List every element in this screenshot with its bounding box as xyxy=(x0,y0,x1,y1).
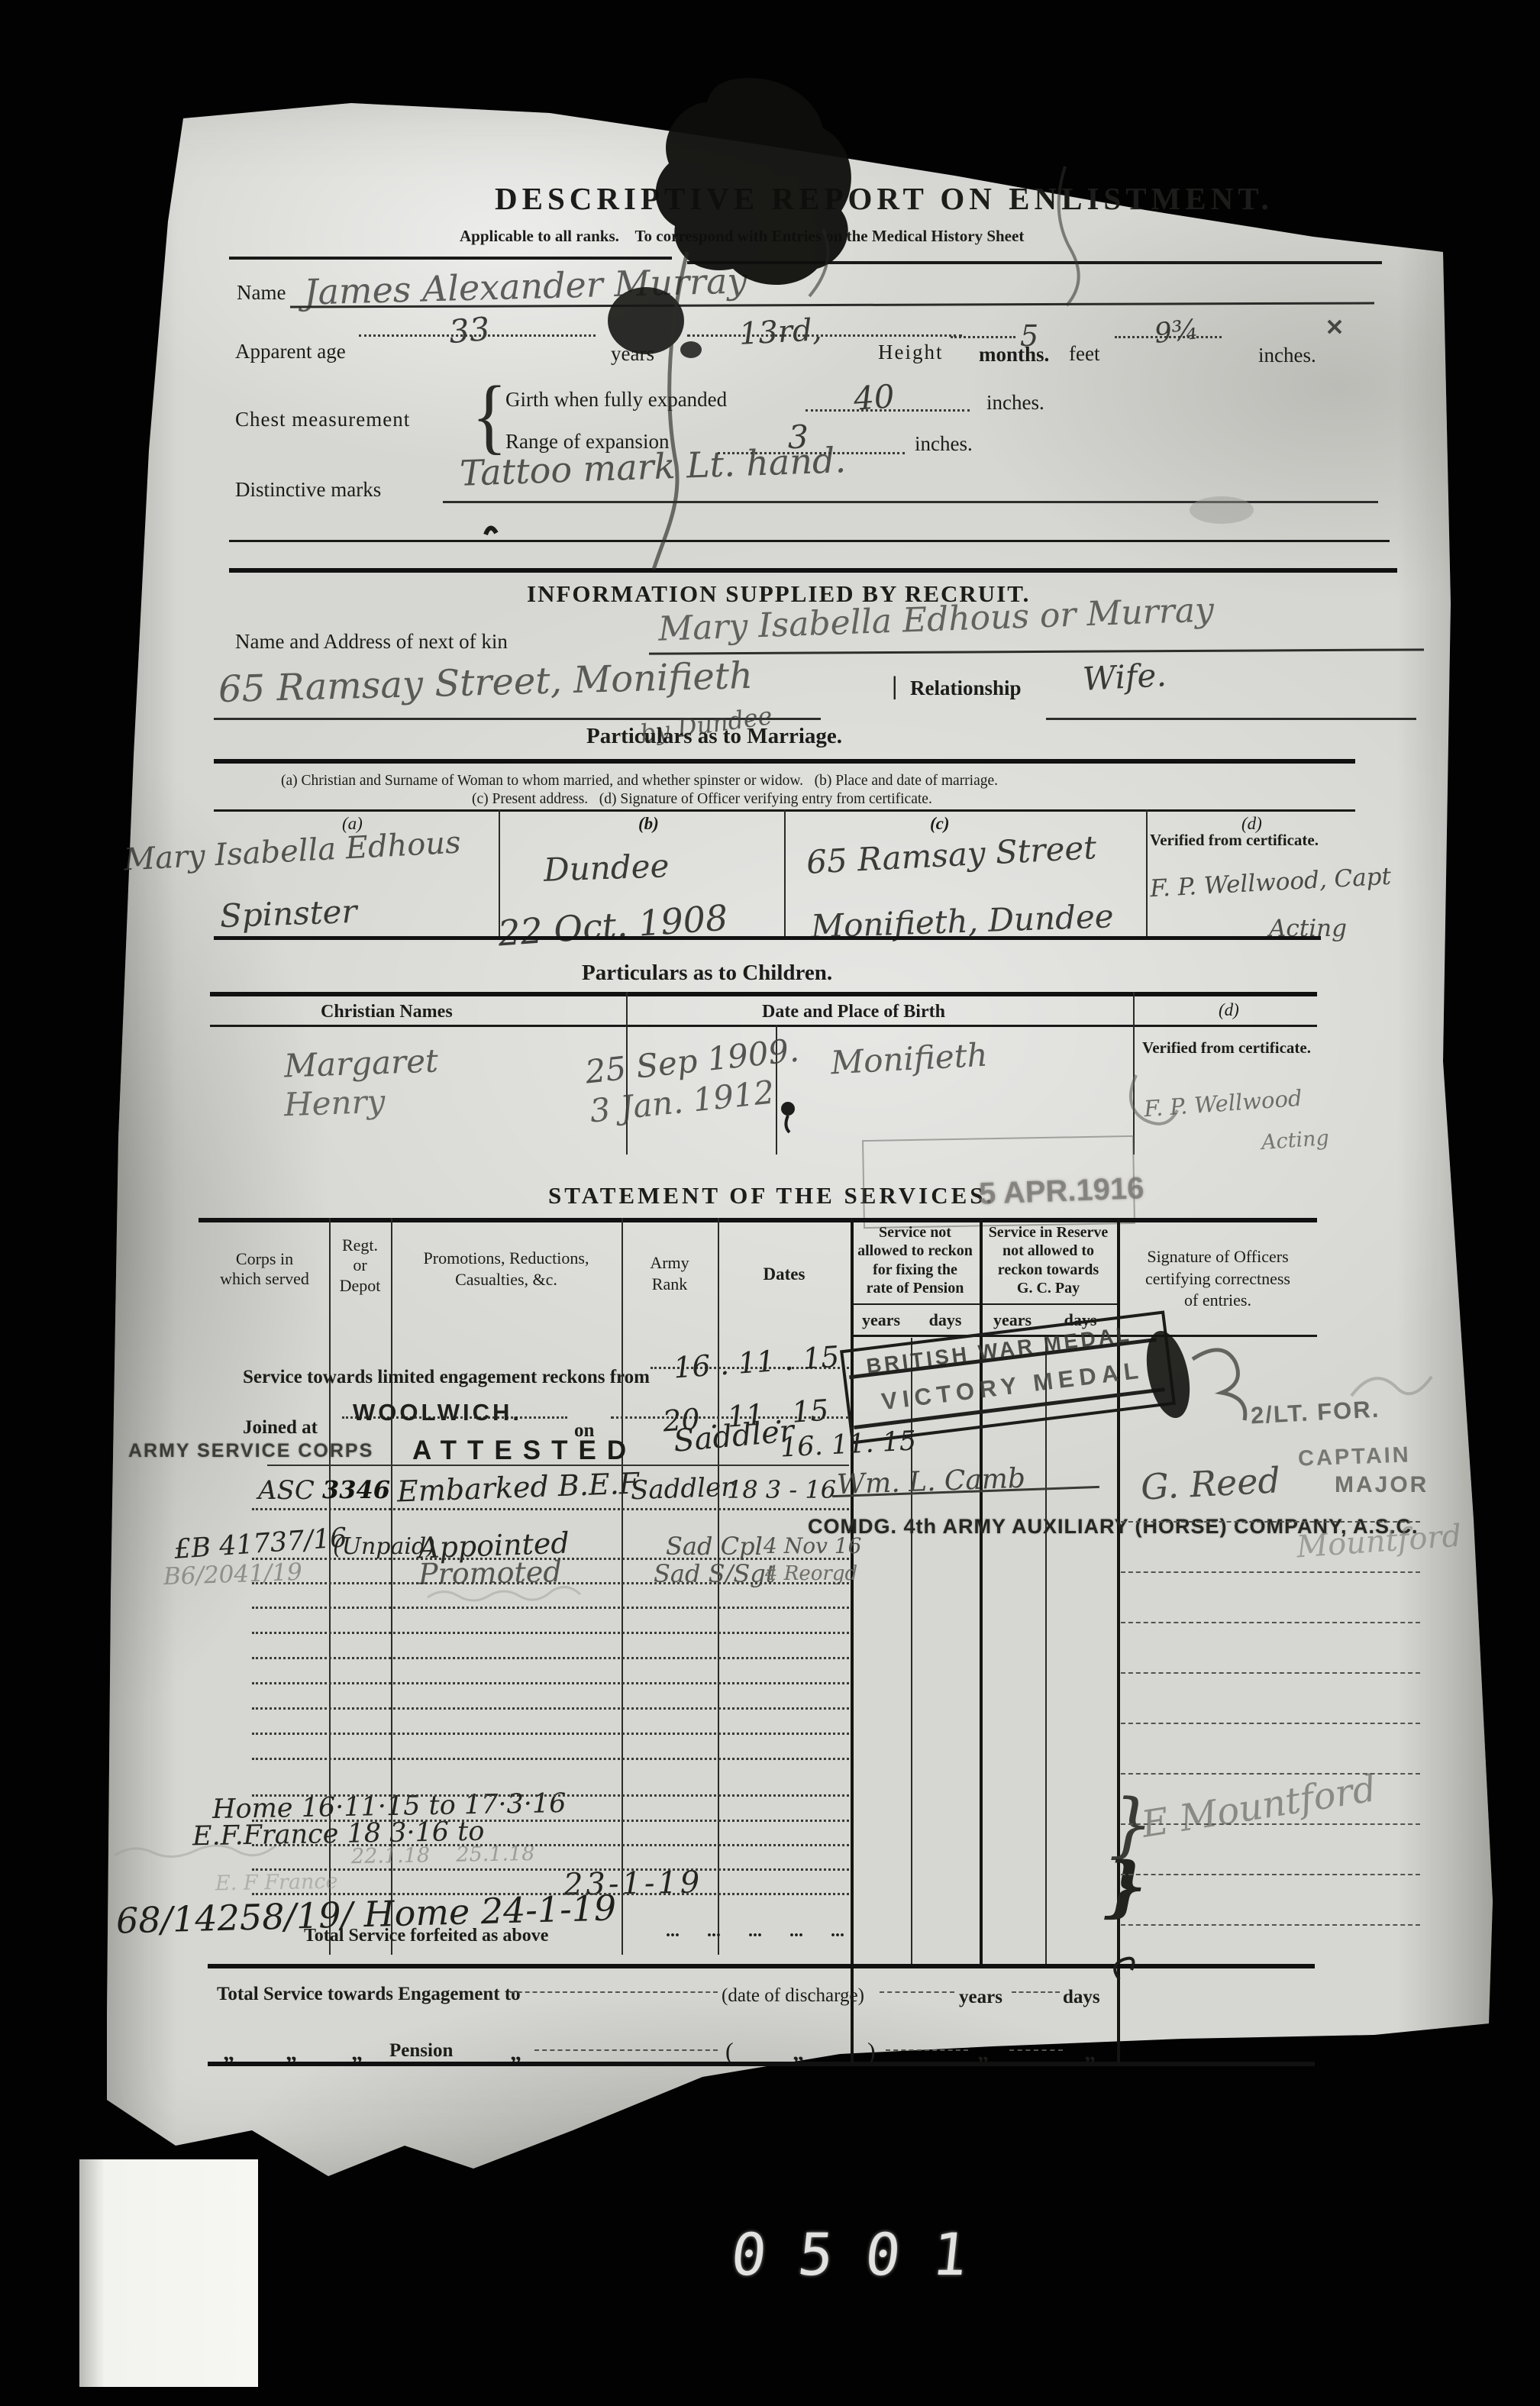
girth-unit: inches. xyxy=(986,391,1044,415)
section-rule-1 xyxy=(229,540,1390,542)
pension-days-label: days xyxy=(915,1310,976,1330)
table-row-line xyxy=(252,1868,849,1871)
marks-underline xyxy=(443,501,1378,503)
table-row-line xyxy=(1121,1571,1420,1573)
services-col-pension: Service not allowed to reckon for fixing… xyxy=(851,1223,980,1298)
pension-years-label: years xyxy=(854,1310,909,1330)
height-feet-value: 5 xyxy=(1020,319,1038,353)
row1-date: 18 3 - 16 xyxy=(727,1475,836,1504)
attested-underline xyxy=(267,1465,849,1466)
table-row-line xyxy=(252,1820,849,1822)
services-header-inner-rule xyxy=(851,1303,1117,1305)
height-inches-line xyxy=(1115,336,1222,338)
marriage-top-rule xyxy=(214,759,1355,764)
table-row-line xyxy=(252,1707,849,1710)
row2-rank: Sad Cpl xyxy=(666,1532,763,1561)
next-of-kin-label: Name and Address of next of kin xyxy=(235,630,508,654)
height-inches-value: 9¾ xyxy=(1153,314,1200,350)
children-officer-note: Acting xyxy=(1261,1126,1330,1155)
pension-line-1 xyxy=(534,2049,718,2051)
services-vline-6 xyxy=(980,1218,983,1966)
major-stamp: MAJOR xyxy=(1335,1472,1429,1498)
relationship-label: Relationship xyxy=(910,677,1022,700)
height-feet-line xyxy=(951,336,1015,338)
history-pencil-2: E. F France xyxy=(215,1870,338,1896)
services-vline-5 xyxy=(851,1218,854,2062)
girth-line xyxy=(806,409,970,412)
totals-years-label: years xyxy=(959,1987,1002,2008)
discharge-label: (date of discharge) xyxy=(722,1985,864,2007)
marriage-place-value: Dundee xyxy=(543,847,670,889)
attested-stamp: ATTESTED xyxy=(412,1436,637,1466)
table-row-line xyxy=(252,1758,849,1760)
pension-line-3 xyxy=(1009,2049,1063,2051)
inches-label: inches. xyxy=(1258,344,1316,367)
marriage-col-b: (b) xyxy=(638,814,659,834)
table-row-line xyxy=(1121,1723,1420,1724)
paper-tab-fragment xyxy=(79,2159,258,2387)
table-row-line xyxy=(252,1582,849,1584)
table-row-line xyxy=(1121,1773,1420,1775)
children-verified-label: Verified from certificate. xyxy=(1142,1038,1311,1058)
services-col-rank: Army Rank xyxy=(621,1252,718,1294)
date-stamp-text: 5 APR.1916 xyxy=(978,1171,1145,1212)
expansion-unit: inches. xyxy=(915,432,973,456)
services-col-reserve: Service in Reserve not allowed to reckon… xyxy=(980,1223,1117,1298)
film-frame-counter: 0501 xyxy=(728,2220,1002,2288)
feet-label: feet xyxy=(1069,342,1099,366)
height-label: Height xyxy=(878,341,944,364)
totals-line-1 xyxy=(510,1991,718,1993)
marriage-bottom-rule xyxy=(214,936,1321,940)
years-label: years xyxy=(611,342,654,366)
age-months-value: 13rd, xyxy=(738,312,823,352)
marriage-col-c: (c) xyxy=(930,814,950,834)
history-brace-2: } xyxy=(1104,1848,1146,1925)
pension-label: Pension xyxy=(389,2040,453,2062)
services-col-corps: Corps in which served xyxy=(202,1249,328,1290)
age-years-value: 33 xyxy=(447,310,492,350)
children-mid-rule xyxy=(210,1025,1317,1027)
row1-rank: Saddler xyxy=(630,1472,734,1507)
apparent-age-label: Apparent age xyxy=(235,340,346,363)
table-row-line xyxy=(1121,1823,1420,1825)
children-top-rule xyxy=(210,992,1317,996)
children-col-birth: Date and Place of Birth xyxy=(762,1002,945,1022)
services-col-signature: Signature of Officers certifying correct… xyxy=(1122,1246,1313,1312)
services-col-promotions: Promotions, Reductions, Casualties, &c. xyxy=(394,1248,618,1290)
document-subtitle: Applicable to all ranks. To correspond w… xyxy=(460,227,1024,246)
marriage-heading: Particulars as to Marriage. xyxy=(586,724,842,749)
services-top-rule xyxy=(199,1218,1317,1222)
table-row-line xyxy=(252,1632,849,1634)
paper-sheet xyxy=(76,69,1512,2184)
relationship-pipe: | xyxy=(892,672,898,701)
scanned-document-photograph: DESCRIPTIVE REPORT ON ENLISTMENT. Applic… xyxy=(0,0,1540,2406)
services-col-regt: Regt. or Depot xyxy=(329,1235,391,1296)
table-row-line xyxy=(252,1508,849,1510)
marriage-divider-2 xyxy=(784,809,786,938)
engagement-label: Service towards limited engagement recko… xyxy=(243,1367,650,1388)
pension-line-2 xyxy=(886,2049,968,2051)
table-row-line xyxy=(252,1657,849,1659)
table-row-line xyxy=(1121,1622,1420,1623)
services-vline-9 xyxy=(1045,1338,1047,1966)
document-title: DESCRIPTIVE REPORT ON ENLISTMENT. xyxy=(495,180,1274,217)
marks-label: Distinctive marks xyxy=(235,478,381,502)
age-years-line xyxy=(359,334,596,337)
section-rule-2 xyxy=(229,568,1397,573)
name-label: Name xyxy=(237,281,286,305)
relationship-line xyxy=(1046,718,1416,720)
table-row-line xyxy=(252,1558,849,1560)
totals-line-3 xyxy=(1012,1991,1060,1993)
child1-name: Margaret xyxy=(283,1042,438,1084)
children-heading: Particulars as to Children. xyxy=(582,961,832,986)
chest-brace: { xyxy=(472,367,507,464)
marriage-note-1: (a) Christian and Surname of Woman to wh… xyxy=(281,773,998,790)
children-col-names: Christian Names xyxy=(321,1002,453,1022)
header-rule-right xyxy=(687,261,1382,264)
totals-line-2 xyxy=(880,1991,954,1993)
reed-signature: G. Reed xyxy=(1140,1459,1281,1507)
row1-regt: 3346 xyxy=(322,1475,390,1504)
captain-stamp: CAPTAIN xyxy=(1297,1442,1411,1471)
table-row-line xyxy=(252,1893,849,1895)
totals-top-rule xyxy=(208,1964,1315,1968)
table-row-line xyxy=(252,1733,849,1735)
children-col-d: (d) xyxy=(1219,1000,1239,1020)
table-row-line xyxy=(1121,1672,1420,1674)
table-row-line xyxy=(252,1794,849,1797)
army-service-corps-stamp: ARMY SERVICE CORPS xyxy=(128,1440,373,1462)
totals-bottom-rule xyxy=(208,2062,1315,2066)
age-months-line xyxy=(687,334,962,337)
table-row-line xyxy=(252,1682,849,1684)
children-divider-3 xyxy=(1133,992,1135,1155)
services-col-dates: Dates xyxy=(718,1264,851,1284)
table-row-line xyxy=(1121,1521,1420,1523)
child2-name: Henry xyxy=(283,1083,386,1124)
chest-label: Chest measurement xyxy=(235,408,410,431)
table-row-line xyxy=(1121,1924,1420,1926)
table-row-line xyxy=(252,1607,849,1609)
joined-at-label: Joined at xyxy=(243,1417,318,1439)
forfeited-label: Total Service forfeited as above xyxy=(304,1926,548,1946)
table-row-line xyxy=(1121,1874,1420,1875)
table-row-line xyxy=(252,1844,849,1846)
totals-days-label: days xyxy=(1063,1987,1100,2008)
header-rule-left xyxy=(229,257,672,260)
forfeited-dots: ... ... ... ... ... xyxy=(666,1921,844,1942)
marriage-divider-3 xyxy=(1146,809,1148,938)
wife-status-value: Spinster xyxy=(219,893,357,935)
woolwich-stamp: WOOLWICH. xyxy=(353,1399,522,1426)
totals-label: Total Service towards Engagement to xyxy=(217,1984,521,2005)
girth-label: Girth when fully expanded xyxy=(505,388,727,412)
row1-corps: ASC xyxy=(258,1475,315,1506)
relationship-value: Wife. xyxy=(1082,656,1167,698)
row2-date: 4 Nov 16 xyxy=(764,1533,861,1558)
marriage-note-2: (c) Present address. (d) Signature of Of… xyxy=(472,791,932,808)
months-label: months. xyxy=(979,343,1049,367)
row3-ref: B6/2041/19 xyxy=(163,1558,302,1591)
marriage-verified-label: Verified from certificate. xyxy=(1150,831,1319,850)
row3-event: Promoted xyxy=(418,1555,562,1591)
